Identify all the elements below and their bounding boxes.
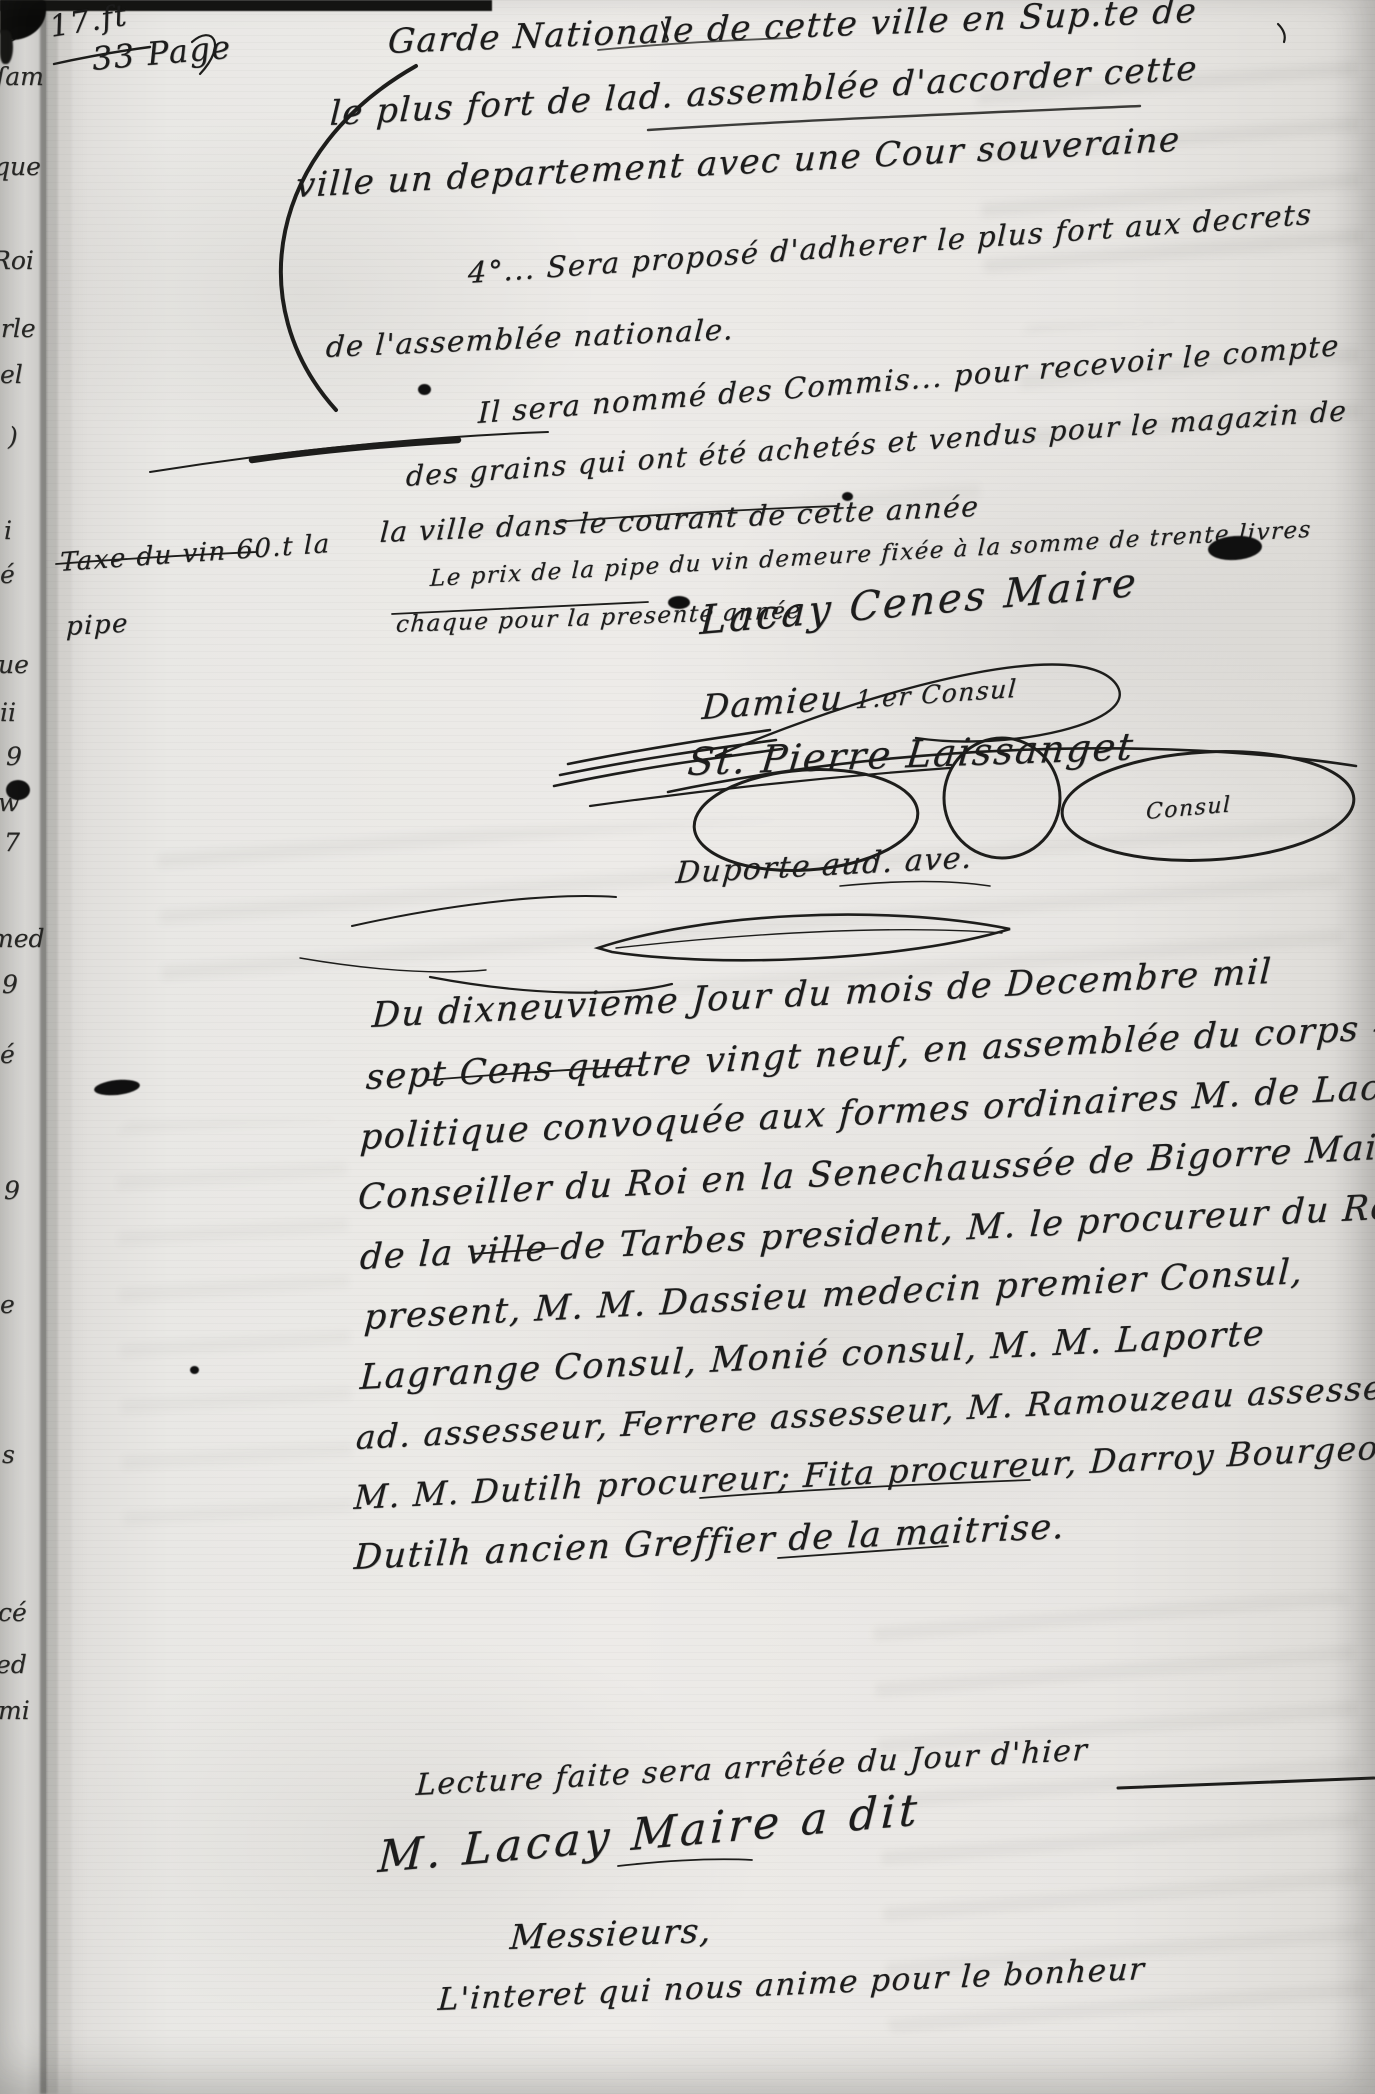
- body-line: de l'assemblée nationale.: [325, 312, 735, 364]
- gutter-fragment: med: [0, 924, 45, 953]
- gutter-fragment: e: [0, 1290, 15, 1319]
- gutter-fragment: cé: [0, 1598, 27, 1627]
- gutter-fragment: que: [0, 152, 41, 181]
- ink-bleedthrough: [116, 1118, 353, 1542]
- margin-note-line: Taxe du vin 60.t la: [60, 529, 331, 578]
- scan-corner-blob: [0, 30, 13, 64]
- gutter-fragment: arle: [0, 314, 36, 343]
- gutter-fragment: i: [4, 516, 12, 545]
- gutter-fragment: ue: [0, 650, 29, 679]
- gutter-fragment: ii: [0, 698, 16, 727]
- gutter-fragment: 9: [4, 1176, 20, 1205]
- gutter-fragment: é: [0, 1040, 15, 1069]
- gutter-fragment: é: [0, 560, 15, 589]
- signature-laissanget: St. Pierre Laissanget: [686, 724, 1137, 784]
- ink-blot: [842, 492, 853, 501]
- gutter-fragment: 9: [6, 742, 22, 771]
- body-line: ville un departement avec une Cour souve…: [295, 120, 1182, 207]
- margin-note-line: pipe: [66, 609, 129, 642]
- gutter-fragment: 7: [4, 828, 20, 857]
- ink-blot: [93, 1078, 140, 1098]
- ink-blot: [668, 596, 690, 609]
- signature-duporte: Duporte aud. ave.: [674, 840, 974, 891]
- body-line: le plus fort de lad. assemblée d'accorde…: [329, 48, 1199, 134]
- gutter-fragment: 9: [2, 970, 18, 999]
- gutter-fragment: Roi: [0, 246, 34, 275]
- ink-blot: [190, 1366, 199, 1374]
- gutter-fragment: s: [2, 1440, 15, 1469]
- gutter-shadow: [40, 0, 88, 2094]
- signature-role-consul: Consul: [1146, 792, 1232, 825]
- signature-role: 1.er Consul: [854, 674, 1018, 715]
- closing-line: Lecture faite sera arrêtée du Jour d'hie…: [415, 1733, 1089, 1803]
- closing-line: L'interet qui nous anime pour le bonheur: [437, 1951, 1147, 2018]
- body-line: 4°... Sera proposé d'adherer le plus for…: [467, 197, 1313, 290]
- body-line: Garde Nationale de cette ville en Sup.te…: [387, 0, 1199, 62]
- body-line: Dutilh ancien Greffier de la maitrise.: [353, 1507, 1067, 1578]
- previous-page-edge: e ſam que Roi arle el ) i é ue ii 9 w 7 …: [0, 0, 46, 2094]
- signature-name: Damieu: [701, 678, 845, 728]
- ink-blot: [6, 780, 30, 800]
- closing-line: Messieurs,: [509, 1911, 714, 1958]
- gutter-fragment: ſam: [0, 62, 44, 91]
- gutter-fragment: mi: [0, 1696, 30, 1725]
- gutter-fragment: ): [8, 422, 18, 451]
- signature-consul1: Damieu 1.er Consul: [701, 666, 1019, 728]
- ink-blot: [418, 384, 431, 395]
- gutter-fragment: ed: [0, 1650, 27, 1679]
- manuscript-page: e ſam que Roi arle el ) i é ue ii 9 w 7 …: [0, 0, 1375, 2094]
- gutter-fragment: el: [0, 360, 23, 389]
